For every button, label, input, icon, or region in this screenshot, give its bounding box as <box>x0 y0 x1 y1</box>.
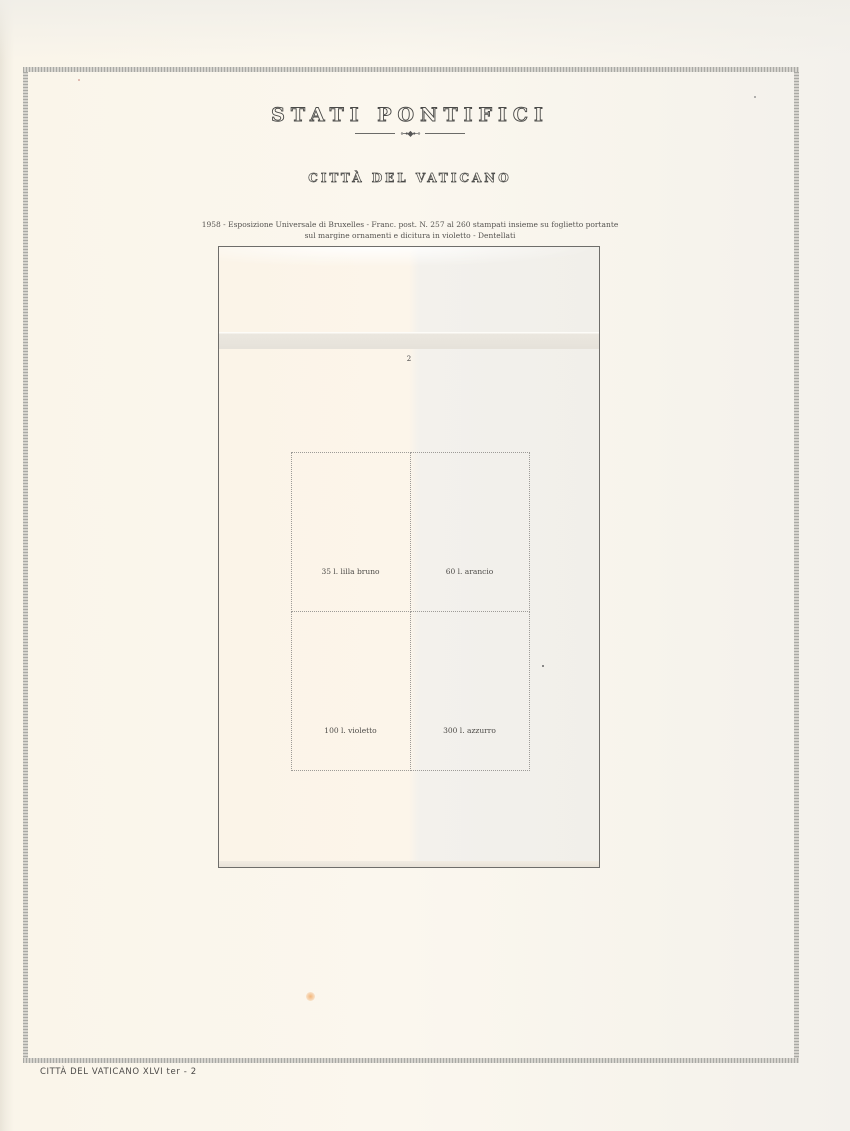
paper-speck <box>542 665 544 667</box>
mount-bottom-edge <box>219 861 599 867</box>
ornament-line-left <box>355 133 395 134</box>
stamp-space-60-lire: 60 l. arancio <box>410 452 530 612</box>
stamp-space-300-lire: 300 l. azzurro <box>410 611 530 771</box>
mount-glare <box>219 247 599 267</box>
page-top-shade <box>0 0 850 60</box>
paper-speck <box>78 79 80 81</box>
stamp-mount: 2 35 l. lilla bruno 60 l. arancio 100 l.… <box>218 246 600 868</box>
paper-stain <box>306 992 315 1001</box>
album-page: STATI PONTIFICI ⊶◆⊷ CITTÀ DEL VATICANO 1… <box>0 0 850 1131</box>
ornament-flourish-icon: ⊶◆⊷ <box>395 129 425 138</box>
paper-speck <box>754 96 756 98</box>
stamp-label: 300 l. azzurro <box>411 726 529 735</box>
stamp-label: 60 l. arancio <box>411 567 529 576</box>
ornament-line-right <box>425 133 465 134</box>
stamp-space-100-lire: 100 l. violetto <box>291 611 411 771</box>
stamp-label: 35 l. lilla bruno <box>292 567 410 576</box>
page-subtitle: CITTÀ DEL VATICANO <box>0 171 820 185</box>
issue-description: 1958 - Esposizione Universale di Bruxell… <box>150 219 670 241</box>
souvenir-sheet-stamp-grid: 35 l. lilla bruno 60 l. arancio 100 l. v… <box>291 452 529 770</box>
description-line-2: sul margine ornamenti e dicitura in viol… <box>150 230 670 241</box>
mount-number: 2 <box>219 355 599 363</box>
page-title: STATI PONTIFICI <box>0 104 820 126</box>
stamp-space-35-lire: 35 l. lilla bruno <box>291 452 411 612</box>
mount-fold-strip <box>219 332 599 349</box>
page-footer-label: CITTÀ DEL VATICANO XLVI ter - 2 <box>40 1067 197 1077</box>
description-line-1: 1958 - Esposizione Universale di Bruxell… <box>150 219 670 230</box>
stamp-label: 100 l. violetto <box>292 726 410 735</box>
title-ornament-divider: ⊶◆⊷ <box>355 129 465 138</box>
